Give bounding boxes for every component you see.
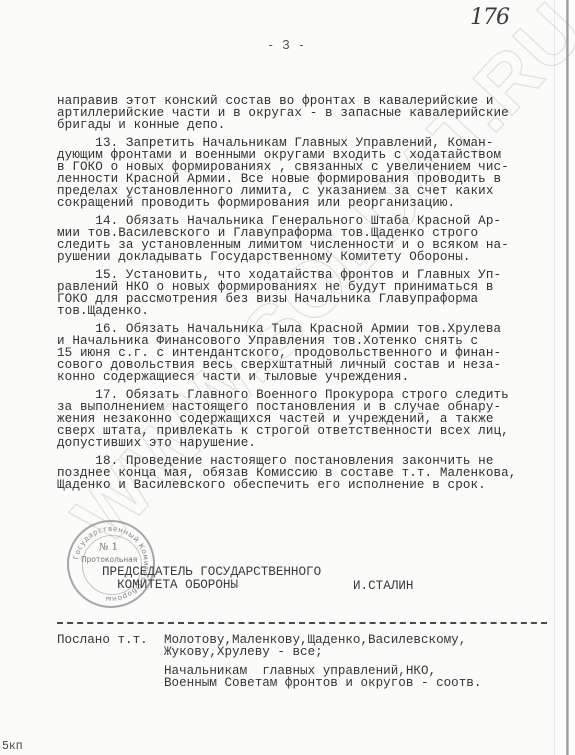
recipient-group: Начальникам главных управлений,НКО,Военн… bbox=[164, 665, 481, 689]
paragraph-item-13: 13. Запретить Начальникам Главных Управл… bbox=[57, 137, 547, 209]
distribution-recipients: Молотову,Маленкову,Щаденко,Василевскому,… bbox=[164, 634, 481, 696]
signature-title: ПРЕДСЕДАТЕЛЬ ГОСУДАРСТВЕННОГО КОМИТЕТА О… bbox=[102, 566, 321, 592]
page-number: - 3 - bbox=[0, 37, 575, 52]
text-line: тов.Щаденко. bbox=[57, 305, 547, 317]
text-line: бригады и конные депо. bbox=[57, 119, 547, 131]
text-line: рушении докладывать Государственному Ком… bbox=[57, 251, 547, 263]
paragraph-item-15: 15. Установить, что ходатайства фронтов … bbox=[57, 269, 547, 317]
signatory-name: И.СТАЛИН bbox=[353, 579, 413, 593]
text-line: Щаденко и Василевского обеспечить его ис… bbox=[57, 479, 547, 491]
page-inner-edge bbox=[554, 0, 555, 755]
distribution-label: Послано т.т. bbox=[57, 634, 148, 646]
text-line: сокращений проводить формирования или ре… bbox=[57, 197, 547, 209]
archive-sheet-number: 176 bbox=[470, 5, 509, 30]
signature-title-line-2: КОМИТЕТА ОБОРОНЫ bbox=[102, 578, 238, 592]
paragraph-item-14: 14. Обязать Начальника Генерального Штаб… bbox=[57, 215, 547, 263]
document-body: направив этот конский состав во фронтах … bbox=[57, 95, 547, 497]
paragraph-item-17: 17. Обязать Главного Военного Прокурора … bbox=[57, 389, 547, 449]
text-line: допустивших это нарушение. bbox=[57, 437, 547, 449]
copies-note: 5кп bbox=[2, 740, 23, 753]
page-edge bbox=[566, 0, 569, 755]
recipient-line: Военным Советам фронтов и округов - соот… bbox=[164, 677, 481, 689]
separator-line bbox=[57, 622, 547, 624]
stamp-label: Протокольная bbox=[81, 555, 137, 564]
paragraph-item-18: 18. Проведение настоящего постановления … bbox=[57, 455, 547, 491]
text-line: конно содержащиеся части и тыловые учреж… bbox=[57, 371, 547, 383]
stamp-number: № 1 bbox=[99, 542, 118, 553]
recipient-line: Жукову,Хрулеву - все; bbox=[164, 646, 481, 658]
paragraph-continuation: направив этот конский состав во фронтах … bbox=[57, 95, 547, 131]
recipient-group: Молотову,Маленкову,Щаденко,Василевскому,… bbox=[164, 634, 481, 658]
seal-stamp: Государственный Комитет Обороны № 1 Прот… bbox=[67, 520, 155, 608]
signature-title-line-1: ПРЕДСЕДАТЕЛЬ ГОСУДАРСТВЕННОГО bbox=[102, 565, 321, 579]
paragraph-item-16: 16. Обязать Начальника Тыла Красной Арми… bbox=[57, 323, 547, 383]
